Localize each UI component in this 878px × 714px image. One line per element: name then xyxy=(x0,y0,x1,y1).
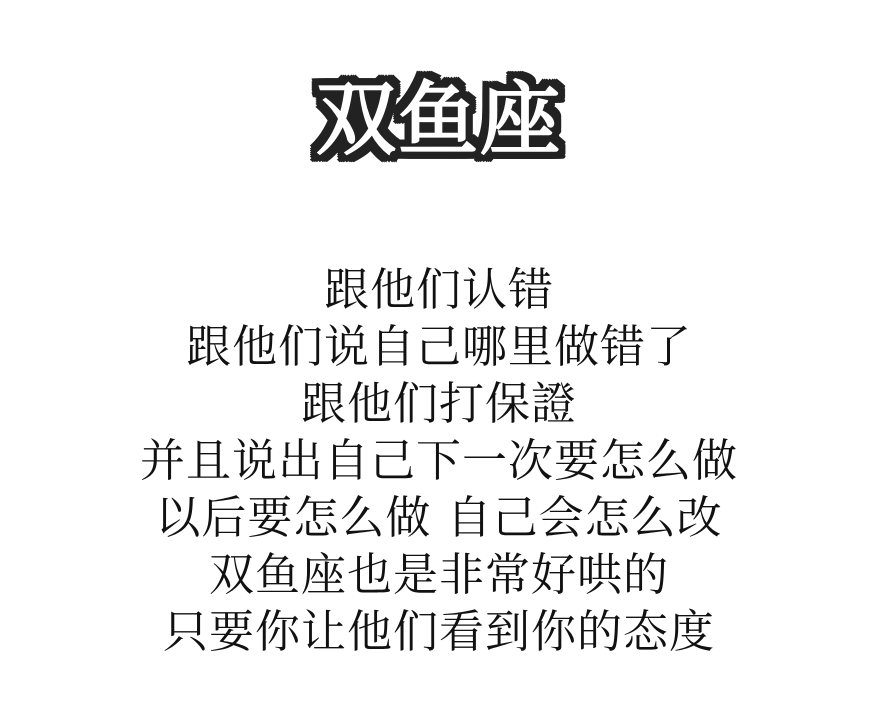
text-line: 以后要怎么做 自己会怎么改 xyxy=(0,489,878,546)
text-line: 跟他们打保證 xyxy=(0,375,878,432)
text-line: 双鱼座也是非常好哄的 xyxy=(0,546,878,603)
text-line: 只要你让他们看到你的态度 xyxy=(0,603,878,660)
text-line: 跟他们说自己哪里做错了 xyxy=(0,318,878,375)
text-line: 跟他们认错 xyxy=(0,261,878,318)
text-line: 并且说出自己下一次要怎么做 xyxy=(0,432,878,489)
body-text-block: 跟他们认错 跟他们说自己哪里做错了 跟他们打保證 并且说出自己下一次要怎么做 以… xyxy=(0,261,878,660)
page-title: 双鱼座 xyxy=(0,70,878,170)
